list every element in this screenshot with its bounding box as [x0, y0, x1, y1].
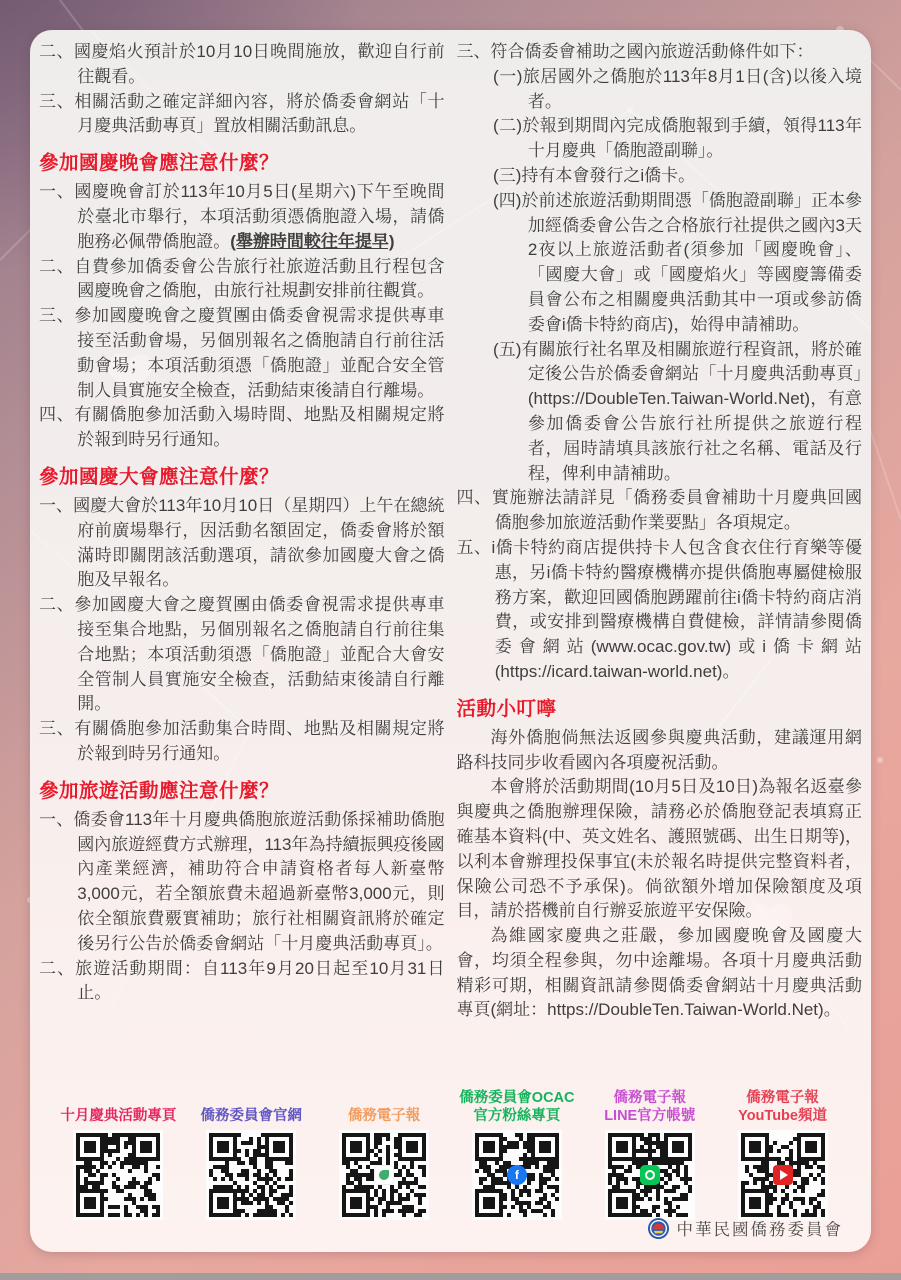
item-marker: 三、	[39, 719, 74, 738]
section-heading-right-8: 活動小叮嚀	[457, 696, 863, 723]
item-marker: (二)	[493, 116, 522, 135]
list-item-left-6: 四、有關僑胞參加活動入場時間、地點及相關規定將於報到時另行通知。	[39, 403, 445, 453]
item-marker: 二、	[39, 959, 75, 978]
list-item-left-8: 一、國慶大會於113年10月10日（星期四）上午在總統府前廣場舉行，因活動名額固…	[39, 494, 445, 593]
qr-label-line: 僑務委員會OCAC	[459, 1089, 574, 1107]
qr-code-ocac-e-news	[339, 1130, 429, 1220]
emphasis-note: (舉辦時間較往年提早)	[230, 232, 394, 251]
section-heading-left-11: 參加旅遊活動應注意什麼？	[39, 778, 445, 805]
item-marker: 五、	[457, 538, 492, 557]
list-item-right-4: (四)於前述旅遊活動期間憑「僑胞證副聯」正本參加經僑委會公告之合格旅行社提供之國…	[457, 189, 863, 338]
qr-code-ocac-enews-line	[605, 1130, 695, 1220]
item-marker: 四、	[39, 405, 74, 424]
qr-item-ocac-e-news: 僑務電子報	[322, 1085, 447, 1220]
list-item-left-0: 二、國慶焰火預計於10月10日晚間施放，歡迎自行前往觀看。	[39, 40, 445, 90]
facebook-icon: f	[507, 1165, 527, 1185]
flyer-page: 二、國慶焰火預計於10月10日晚間施放，歡迎自行前往觀看。三、相關活動之確定詳細…	[0, 0, 901, 1280]
list-item-right-5: (五)有關旅行社名單及相關旅遊行程資訊，將於確定後公告於僑委會網站「十月慶典活動…	[457, 338, 863, 487]
list-item-right-3: (三)持有本會發行之i僑卡。	[457, 164, 863, 189]
qr-code-ocac-enews-youtube	[738, 1130, 828, 1220]
list-item-right-7: 五、i僑卡特約商店提供持卡人包含食衣住行育樂等優惠，另i僑卡特約醫療機構亦提供僑…	[457, 536, 863, 685]
list-item-right-6: 四、實施辦法請詳見「僑務委員會補助十月慶典回國僑胞參加旅遊活動作業要點」各項規定…	[457, 486, 863, 536]
item-marker: 三、	[457, 42, 491, 61]
qr-section: 十月慶典活動專頁僑務委員會官網僑務電子報僑務委員會OCAC官方粉絲專頁f僑務電子…	[30, 1085, 871, 1220]
play-icon	[780, 1170, 788, 1180]
footer-org-name: 中華民國僑務委員會	[677, 1216, 844, 1240]
item-marker: (一)	[493, 67, 522, 86]
list-item-left-10: 三、有關僑胞參加活動集合時間、地點及相關規定將於報到時另行通知。	[39, 717, 445, 767]
list-item-left-3: 一、國慶晚會訂於113年10月5日(星期六)下午至晚間於臺北市舉行，本項活動須憑…	[39, 180, 445, 254]
list-item-right-1: (一)旅居國外之僑胞於113年8月1日(含)以後入境者。	[457, 65, 863, 115]
qr-label-ocac-official-website: 僑務委員會官網	[200, 1085, 302, 1125]
list-item-left-9: 二、參加國慶大會之慶賀團由僑委會視需求提供專車接至集合地點，另個別報名之僑胞請自…	[39, 593, 445, 717]
item-marker: 三、	[39, 306, 74, 325]
youtube-icon	[773, 1165, 793, 1185]
item-marker: 三、	[39, 92, 74, 111]
content-card: 二、國慶焰火預計於10月10日晚間施放，歡迎自行前往觀看。三、相關活動之確定詳細…	[30, 30, 871, 1252]
footer: 中華民國僑務委員會	[647, 1216, 844, 1240]
list-item-left-5: 三、參加國慶晚會之慶賀團由僑委會視需求提供專車接至活動會場，另個別報名之僑胞請自…	[39, 304, 445, 403]
left-column: 二、國慶焰火預計於10月10日晚間施放，歡迎自行前往觀看。三、相關活動之確定詳細…	[39, 40, 445, 1060]
item-marker: 一、	[39, 810, 73, 829]
qr-label-line: YouTube頻道	[738, 1107, 827, 1125]
qr-code-ocac-official-website	[206, 1130, 296, 1220]
list-item-left-12: 一、僑委會113年十月慶典僑胞旅遊活動係採補助僑胞國內旅遊經費方式辦理，113年…	[39, 808, 445, 957]
right-column: 三、符合僑委會補助之國內旅遊活動條件如下：(一)旅居國外之僑胞於113年8月1日…	[457, 40, 863, 1060]
qr-item-ocac-enews-line: 僑務電子報LINE官方帳號	[587, 1085, 712, 1220]
paragraph-right-9: 海外僑胞倘無法返國參與慶典活動，建議運用網路科技同步收看國內各項慶祝活動。	[457, 726, 863, 776]
paragraph-right-10: 本會將於活動期間(10月5日及10日)為報名返臺參與慶典之僑胞辦理保險，請務必於…	[457, 775, 863, 924]
qr-label-line: LINE官方帳號	[604, 1107, 695, 1125]
item-marker: (五)	[493, 340, 521, 359]
qr-item-ocac-official-website: 僑務委員會官網	[189, 1085, 314, 1220]
item-marker: (四)	[493, 191, 521, 210]
qr-label-line: 僑務委員會官網	[200, 1107, 302, 1125]
qr-label-line: 僑務電子報	[613, 1089, 686, 1107]
qr-item-ocac-enews-youtube: 僑務電子報YouTube頻道	[720, 1085, 845, 1220]
item-marker: 二、	[39, 257, 74, 276]
ocac-icon	[374, 1165, 394, 1185]
qr-code-october-celebration-page	[73, 1130, 163, 1220]
qr-label-ocac-enews-youtube: 僑務電子報YouTube頻道	[738, 1085, 827, 1125]
qr-item-ocac-facebook-fanpage: 僑務委員會OCAC官方粉絲專頁f	[454, 1085, 579, 1220]
qr-label-october-celebration-page: 十月慶典活動專頁	[60, 1085, 176, 1125]
list-item-right-2: (二)於報到期間內完成僑胞報到手續，領得113年十月慶典「僑胞證副聯」。	[457, 114, 863, 164]
qr-label-ocac-e-news: 僑務電子報	[348, 1085, 421, 1125]
qr-label-ocac-enews-line: 僑務電子報LINE官方帳號	[604, 1085, 695, 1125]
list-item-left-13: 二、旅遊活動期間：自113年9月20日起至10月31日止。	[39, 957, 445, 1007]
section-heading-left-2: 參加國慶晚會應注意什麼？	[39, 150, 445, 177]
paragraph-right-11: 為維國家慶典之莊嚴，參加國慶晚會及國慶大會，均須全程參與，勿中途離場。各項十月慶…	[457, 924, 863, 1023]
qr-label-line: 僑務電子報	[746, 1089, 819, 1107]
ocac-logo-icon	[647, 1217, 670, 1240]
chat-ring-icon	[645, 1170, 655, 1180]
item-marker: 二、	[39, 595, 74, 614]
item-marker: 二、	[39, 42, 74, 61]
item-marker: 一、	[39, 496, 73, 515]
qr-item-october-celebration-page: 十月慶典活動專頁	[56, 1085, 181, 1220]
list-item-right-0: 三、符合僑委會補助之國內旅遊活動條件如下：	[457, 40, 863, 65]
list-item-left-1: 三、相關活動之確定詳細內容，將於僑委會網站「十月慶典活動專頁」置放相關活動訊息。	[39, 90, 445, 140]
leaf-icon	[379, 1170, 389, 1180]
text-columns: 二、國慶焰火預計於10月10日晚間施放，歡迎自行前往觀看。三、相關活動之確定詳細…	[30, 40, 871, 1060]
item-marker: 一、	[39, 182, 74, 201]
section-heading-left-7: 參加國慶大會應注意什麼？	[39, 464, 445, 491]
qr-label-ocac-facebook-fanpage: 僑務委員會OCAC官方粉絲專頁	[459, 1085, 574, 1125]
qr-label-line: 官方粉絲專頁	[473, 1107, 560, 1125]
qr-label-line: 僑務電子報	[348, 1107, 421, 1125]
list-item-left-4: 二、自費參加僑委會公告旅行社旅遊活動且行程包含國慶晚會之僑胞，由旅行社規劃安排前…	[39, 255, 445, 305]
item-marker: (三)	[493, 166, 521, 185]
line-icon	[640, 1165, 660, 1185]
qr-label-line: 十月慶典活動專頁	[60, 1107, 176, 1125]
qr-code-ocac-facebook-fanpage: f	[472, 1130, 562, 1220]
item-marker: 四、	[457, 488, 492, 507]
